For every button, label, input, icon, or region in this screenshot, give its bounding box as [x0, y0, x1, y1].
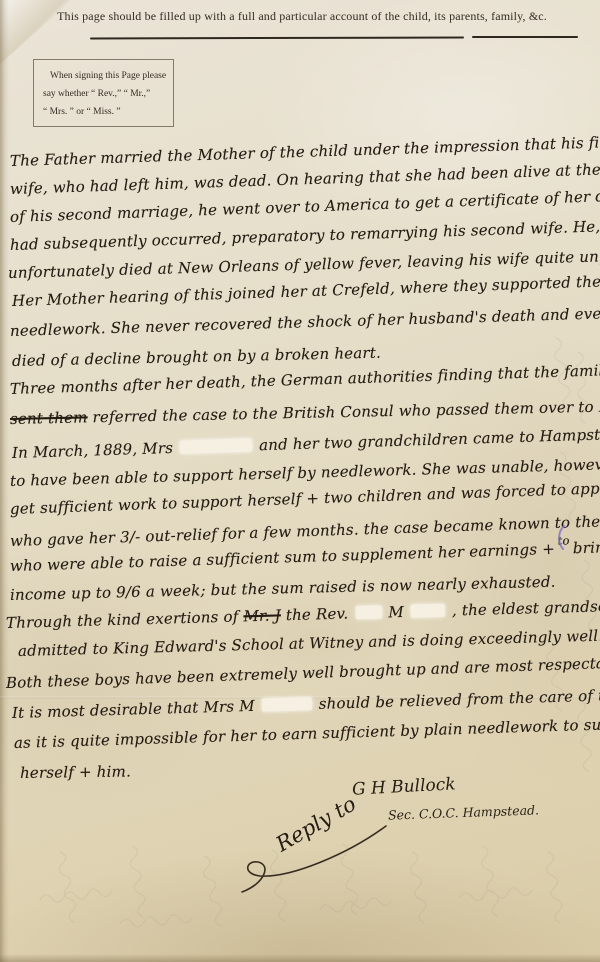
signing-note-line: When signing this Page please	[50, 67, 167, 85]
manuscript-line: sent them referred the case to the Briti…	[10, 394, 600, 430]
header-rule-right	[472, 36, 578, 38]
redaction-box	[180, 438, 252, 453]
signing-note-line: say whether “ Rev.,” “ Mr.,”	[43, 85, 167, 103]
manuscript-text: and her two grandchildren came to Hampst…	[259, 422, 600, 454]
manuscript-line: herself + him.	[20, 760, 131, 784]
redaction-box	[411, 604, 445, 618]
manuscript-text: It is most desirable that Mrs M	[12, 697, 255, 722]
scanned-document-page: This page should be filled up with a ful…	[0, 0, 600, 962]
handwritten-manuscript: The Father married the Mother of the chi…	[10, 146, 600, 786]
reply-to-annotation: Reply to	[272, 792, 360, 857]
manuscript-text: M	[388, 603, 404, 621]
paper-left-edge	[0, 0, 9, 962]
manuscript-text: referred the case to the British Consul …	[87, 396, 600, 426]
manuscript-text: the Rev.	[281, 604, 349, 624]
header-rule-left	[90, 37, 464, 40]
signature-name: G H Bullock	[352, 774, 456, 799]
signing-note-line: “ Mrs. ” or “ Miss. ”	[43, 103, 167, 121]
printed-instruction: This page should be filled up with a ful…	[26, 9, 578, 24]
struck-through-text: sent them	[10, 408, 88, 428]
manuscript-text: , the eldest grandson has been	[452, 595, 600, 620]
inserted-word: to	[557, 529, 570, 551]
struck-through-text: Mr. J	[243, 606, 281, 625]
manuscript-text: should be relieved from the care of this…	[318, 685, 600, 713]
manuscript-text: Through the kind exertions of	[6, 607, 244, 632]
paper-bottom-edge	[0, 954, 600, 962]
signature-role: Sec. C.O.C. Hampstead.	[388, 802, 539, 822]
manuscript-text: bring her	[573, 537, 600, 557]
redaction-box	[355, 606, 381, 620]
manuscript-text: In March, 1889, Mrs	[12, 439, 174, 462]
redaction-box	[262, 697, 312, 711]
signing-note-box: When signing this Page please say whethe…	[33, 59, 174, 127]
